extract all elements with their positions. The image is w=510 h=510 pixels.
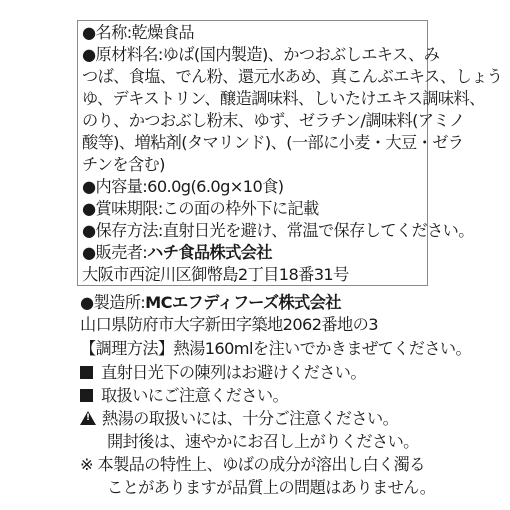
remark-2: ことがありますが品質上の問題はありません。 (107, 477, 435, 499)
seller: ●販売者:ハチ食品株式会社 (82, 242, 272, 264)
ingredients-line-6: チンを含む) (82, 154, 165, 176)
cooking-method: 【調理方法】熱湯160mlを注いでかきまぜてください。 (80, 338, 471, 360)
ingredients-line-2: つば、食塩、でん粉、還元水あめ、真こんぶエキス、しょう (82, 66, 502, 88)
best-before: ●賞味期限:この面の枠外下に記載 (82, 198, 319, 220)
manufacturer-name: MCエフディフーズ株式会社 (145, 293, 341, 312)
note-1-text: 直射日光下の陳列はお避けください。 (101, 363, 366, 382)
ingredients-line-3: ゆ、デキストリン、醸造調味料、しいたけエキス調味料、 (82, 88, 485, 110)
net-content: ●内容量:60.0g(6.0g×10食) (82, 176, 283, 198)
seller-prefix: ●販売者: (82, 243, 147, 262)
product-name: ●名称:乾燥食品 (82, 22, 194, 44)
manufacturer-prefix: ●製造所: (80, 293, 145, 312)
ingredients-line-5: 酸等)、増粘剤(タマリンド)、(一部に小麦・大豆・ゼラ (82, 132, 463, 154)
warning-1: 熱湯の取扱いには、十分ご注意ください。 (80, 408, 398, 430)
warning-2: 開封後は、速やかにお召し上がりください。 (107, 431, 419, 453)
storage-method: ●保存方法:直射日光を避け、常温で保存してください。 (82, 220, 474, 242)
warning-triangle-icon (80, 411, 96, 425)
note-1: 直射日光下の陳列はお避けください。 (80, 362, 366, 384)
manufacturer: ●製造所:MCエフディフーズ株式会社 (80, 292, 341, 314)
black-square-icon (80, 366, 93, 379)
black-square-icon (80, 389, 93, 402)
seller-address: 大阪市西淀川区御幣島2丁目18番31号 (82, 264, 349, 286)
note-2: 取扱いにご注意ください。 (80, 385, 288, 407)
note-2-text: 取扱いにご注意ください。 (101, 386, 288, 405)
warning-1-text: 熱湯の取扱いには、十分ご注意ください。 (102, 409, 398, 428)
manufacturer-address: 山口県防府市大字新田字築地2062番地の3 (80, 314, 378, 336)
ingredients-line-1: ●原材料名:ゆば(国内製造)、かつおぶしエキス、み (82, 44, 439, 66)
remark-1: ※ 本製品の特性上、ゆばの成分が溶出し白く濁る (80, 454, 425, 476)
seller-name: ハチ食品株式会社 (147, 243, 272, 262)
ingredients-line-4: のり、かつおぶし粉末、ゆず、ゼラチン/調味料(アミノ (82, 110, 465, 132)
